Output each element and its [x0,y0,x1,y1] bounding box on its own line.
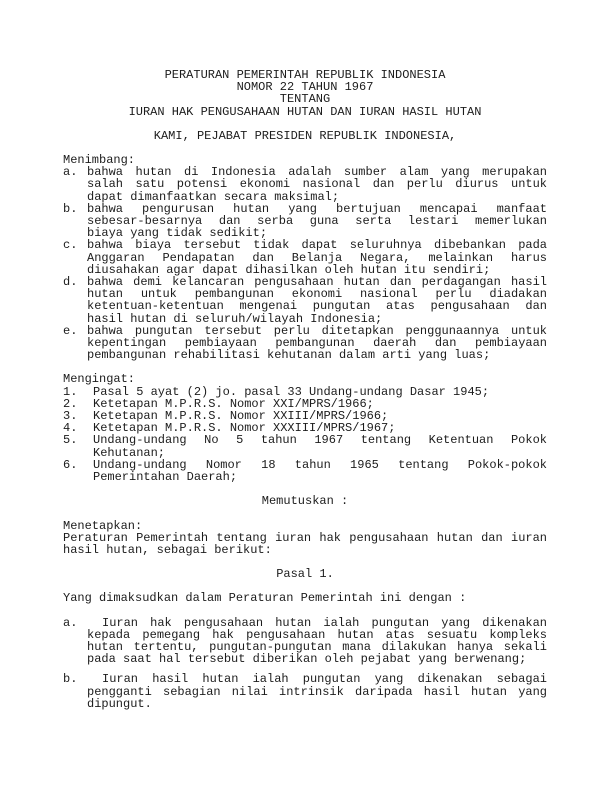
memutuskan-line: Memutuskan : [63,495,547,507]
item-label: b. [63,673,77,685]
mengingat-list: 1.Pasal 5 ayat (2) jo. pasal 33 Undang-u… [63,386,547,484]
pasal-1-list: a.Iuran hak pengusahaan hutan ialah pung… [63,617,547,710]
item-label: a. [63,166,77,178]
document-body: PERATURAN PEMERINTAH REPUBLIK INDONESIA … [63,69,547,710]
mengingat-label: Mengingat: [63,373,547,385]
item-label: 5. [63,434,77,446]
list-item: a.Iuran hak pengusahaan hutan ialah pung… [63,617,547,666]
menetapkan-paragraph: Peraturan Pemerintah tentang iuran hak p… [63,532,547,556]
text-line: salah satu potensi ekonomi nasional dan … [87,178,547,190]
list-item: a.bahwa hutan di Indonesia adalah sumber… [63,166,547,203]
item-label: c. [63,239,77,251]
doc-title-block: PERATURAN PEMERINTAH REPUBLIK INDONESIA … [63,69,547,118]
text-line: pada saat hal tersebut diberikan oleh pe… [87,653,547,665]
text-line: dapat dimanfaatkan secara maksimal; [87,191,547,203]
text-line: bahwa biaya tersebut tidak dapat seluruh… [87,239,547,251]
item-label: d. [63,276,77,288]
text-line: dipungut. [87,698,547,710]
item-label: 6. [63,459,77,471]
text-line: hasil hutan, sebagai berikut: [63,544,547,556]
text-line: Iuran hasil hutan ialah pungutan yang di… [87,673,547,685]
list-item: c.bahwa biaya tersebut tidak dapat selur… [63,239,547,276]
doc-tentang-line: TENTANG [63,93,547,105]
pasal-1-heading: Pasal 1. [63,568,547,580]
list-item: e.bahwa pungutan tersebut perlu ditetapk… [63,325,547,362]
item-label: a. [63,617,77,629]
text-line: Pemerintahan Daerah; [93,471,547,483]
text-line: ketentuan-ketentuan mengenai pungutan at… [87,300,547,312]
item-label: b. [63,203,77,215]
list-item: b.bahwa pengurusan hutan yang bertujuan … [63,203,547,240]
text-line: Anggaran Pendapatan dan Belanja Negara, … [87,252,547,264]
document-page: PERATURAN PEMERINTAH REPUBLIK INDONESIA … [0,0,612,792]
text-line: Undang-undang No 5 tahun 1967 tentang Ke… [93,434,547,446]
pasal-1-intro: Yang dimaksudkan dalam Peraturan Pemerin… [63,592,547,604]
list-item: 5.Undang-undang No 5 tahun 1967 tentang … [63,434,547,458]
text-line: Iuran hak pengusahaan hutan ialah pungut… [87,617,547,629]
text-line: pembangunan rehabilitasi kehutanan dalam… [87,349,547,361]
list-item: 6.Undang-undang Nomor 18 tahun 1965 tent… [63,459,547,483]
item-label: e. [63,325,77,337]
menimbang-list: a.bahwa hutan di Indonesia adalah sumber… [63,166,547,361]
doc-subject-line: IURAN HAK PENGUSAHAAN HUTAN DAN IURAN HA… [63,106,547,118]
preamble-line: KAMI, PEJABAT PRESIDEN REPUBLIK INDONESI… [63,130,547,142]
list-item: b.Iuran hasil hutan ialah pungutan yang … [63,673,547,710]
menetapkan-label: Menetapkan: [63,520,547,532]
list-item: d.bahwa demi kelancaran pengusahaan huta… [63,276,547,325]
text-line: pengganti sebagian nilai intrinsik darip… [87,686,547,698]
